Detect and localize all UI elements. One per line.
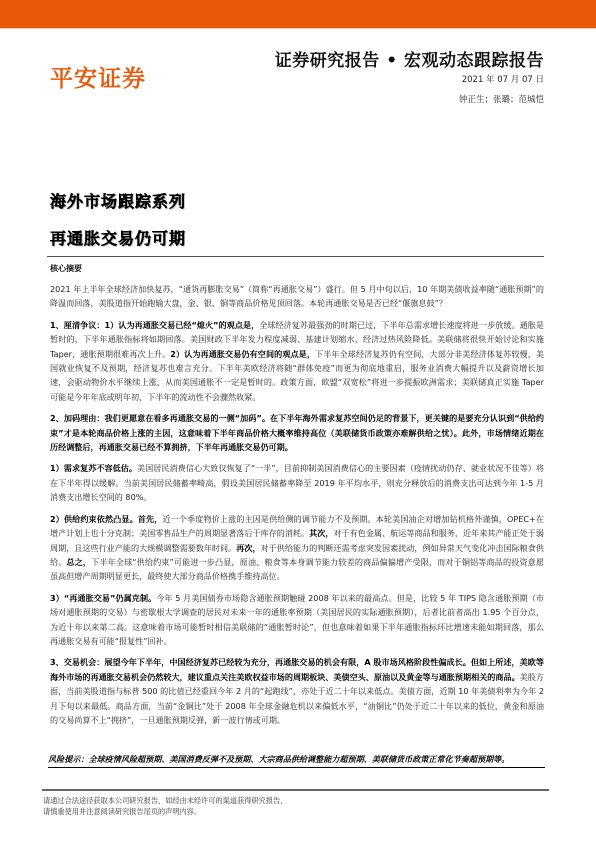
section-2-2-k2: 其次， — [309, 528, 333, 538]
section-1-paragraph: 1、厘清争议：1）认为再通胀交易已经“熄火”的观点是，全球经济复苏最强劲的时期已… — [50, 318, 544, 404]
section-2-3-lead: 3）“再通胀交易”仍属克制。 — [50, 593, 156, 603]
brand-top-bar — [0, 0, 596, 28]
summary-content: 2021 年上半年全球经济加快复苏，“通货再膨胀交易”（简称“再通胀交易”）盛行… — [50, 282, 544, 734]
brand-top-bar-edge — [0, 28, 596, 29]
footer-divider — [42, 789, 549, 791]
section-3-paragraph: 3、交易机会：展望今年下半年，中国经济复苏已经较为充分，再通胀交易的机会有限，A… — [50, 655, 544, 727]
section-2-2-t4: 下半年全球“供给约束”可能进一步凸显，原油、粮食等本身调节能力较差的商品偏偏增产… — [50, 557, 544, 581]
section-1-lead: 1、厘清争议：1）认为再通胀交易已经“熄火”的观点是， — [50, 320, 259, 330]
section-2-lead: 2、加码理由：我们更愿意在看多再通胀交易的一侧“加码”。在下半年海外需求复苏空间… — [50, 413, 544, 452]
section-2-3-paragraph: 3）“再通胀交易”仍属克制。今年 5 月美国债券市场隐含通胀预期触碰 2008 … — [50, 591, 544, 649]
section-2-paragraph: 2、加码理由：我们更愿意在看多再通胀交易的一侧“加码”。在下半年海外需求复苏空间… — [50, 411, 544, 454]
title-divider — [47, 256, 544, 257]
section-2-2-k4: 总之， — [66, 557, 91, 567]
report-type-title: 证券研究报告 • 宏观动态跟踪报告 — [275, 46, 544, 71]
section-3-lead: 3、交易机会：展望今年下半年，中国经济复苏已经较为充分，再通胀交易的机会有限，A… — [50, 657, 544, 681]
section-2-1-paragraph: 1）需求复苏不容低估。美国居民消费信心大致仅恢复了“一半”，目前抑制美国消费信心… — [50, 461, 544, 504]
report-authors: 钟正生；张璐；范城恺 — [459, 93, 544, 105]
summary-label: 核心摘要 — [50, 263, 82, 274]
main-title: 再通胀交易仍可期 — [50, 226, 186, 249]
section-2-1-lead: 1）需求复苏不容低估。 — [50, 463, 137, 473]
series-title: 海外市场跟踪系列 — [50, 189, 186, 212]
company-logo: 平安证券 — [50, 60, 146, 93]
report-date: 2021 年 07 月 07 日 — [462, 73, 544, 85]
disclaimer-line-2: 请慎重使用并注意阅读研究报告尾页的声明内容。 — [43, 807, 287, 818]
section-2-2-k1: 首先， — [138, 514, 163, 524]
disclaimer-line-1: 请通过合法途径获取本公司研究报告，如经由未经许可的渠道获得研究报告， — [43, 796, 287, 807]
section-1-lead-2: 2）认为再通胀交易仍有空间的观点是， — [170, 349, 315, 359]
section-2-2-k3: 再次， — [236, 543, 260, 553]
summary-intro: 2021 年上半年全球经济加快复苏，“通货再膨胀交易”（简称“再通胀交易”）盛行… — [50, 282, 544, 311]
section-2-2-lead: 2）供给约束依然凸显。 — [50, 514, 138, 524]
risk-warning: 风险提示：全球疫情风险超预期、美国消费反弹不及预期、大宗商品供给调整能力超预期、… — [48, 754, 545, 768]
section-2-2-paragraph: 2）供给约束依然凸显。首先，近一个季度物价上涨的主因是供给侧的调节能力不及预期。… — [50, 512, 544, 584]
footer-disclaimer: 请通过合法途径获取本公司研究报告，如经由未经许可的渠道获得研究报告， 请慎重使用… — [43, 796, 287, 817]
